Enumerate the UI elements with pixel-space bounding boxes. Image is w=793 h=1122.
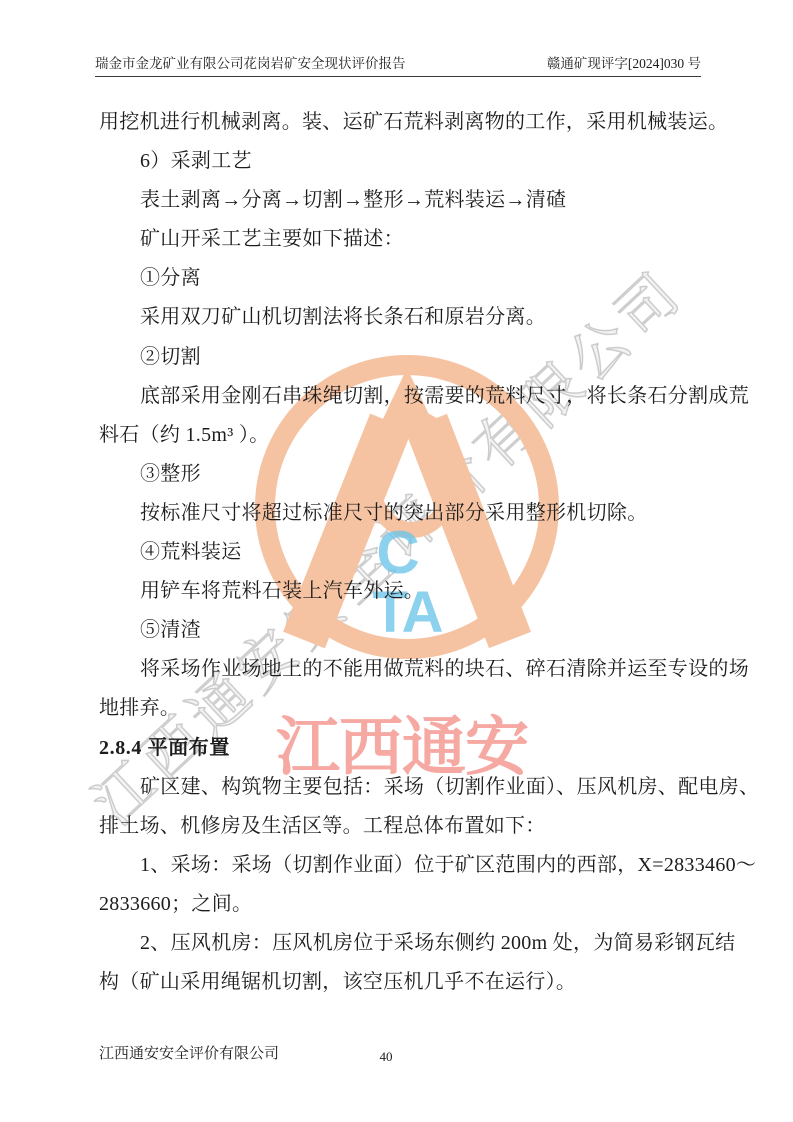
document-page: 江西通安安全评价有限公司 C TA 江西通安 瑞金市金龙矿业有限公司花岗岩矿安全… bbox=[0, 0, 793, 1122]
footer-company-name: 江西通安安全评价有限公司 bbox=[99, 1044, 279, 1064]
text-line: 用挖机进行机械剥离。装、运矿石荒料剥离物的工作，采用机械装运。 bbox=[99, 103, 701, 142]
text-line: 将采场作业场地上的不能用做荒料的块石、碎石清除并运至专设的场 bbox=[99, 650, 701, 689]
document-body-text: 用挖机进行机械剥离。装、运矿石荒料剥离物的工作，采用机械装运。6）采剥工艺表土剥… bbox=[99, 103, 701, 1002]
text-line: 矿山开采工艺主要如下描述： bbox=[99, 220, 701, 259]
text-line: 地排弃。 bbox=[99, 689, 701, 728]
text-line: ④荒料装运 bbox=[99, 533, 701, 572]
text-line: 6）采剥工艺 bbox=[99, 142, 701, 181]
text-line: 构（矿山采用绳锯机切割，该空压机几乎不在运行）。 bbox=[99, 963, 701, 1002]
text-line: 1、采场：采场（切割作业面）位于矿区范围内的西部，X=2833460～ bbox=[99, 846, 701, 885]
text-line: 2833660；之间。 bbox=[99, 885, 701, 924]
header-report-title: 瑞金市金龙矿业有限公司花岗岩矿安全现状评价报告 bbox=[95, 55, 406, 73]
text-line: 按标准尺寸将超过标准尺寸的突出部分采用整形机切除。 bbox=[99, 494, 701, 533]
text-line: 表土剥离→分离→切割→整形→荒料装运→清碴 bbox=[99, 181, 701, 220]
text-line: 采用双刀矿山机切割法将长条石和原岩分离。 bbox=[99, 298, 701, 337]
text-line: 2.8.4 平面布置 bbox=[99, 729, 701, 768]
text-line: 底部采用金刚石串珠绳切割，按需要的荒料尺寸，将长条石分割成荒 bbox=[99, 377, 701, 416]
text-line: ①分离 bbox=[99, 259, 701, 298]
text-line: ②切割 bbox=[99, 338, 701, 377]
text-line: 料石（约 1.5m³ ）。 bbox=[99, 416, 701, 455]
text-line: 排土场、机修房及生活区等。工程总体布置如下： bbox=[99, 807, 701, 846]
header-document-number: 赣通矿现评字[2024]030 号 bbox=[547, 55, 701, 73]
text-line: 2、压风机房：压风机房位于采场东侧约 200m 处，为简易彩钢瓦结 bbox=[99, 924, 701, 963]
footer-page-number: 40 bbox=[366, 1049, 406, 1065]
page-header: 瑞金市金龙矿业有限公司花岗岩矿安全现状评价报告 赣通矿现评字[2024]030 … bbox=[95, 55, 701, 77]
text-line: ⑤清渣 bbox=[99, 611, 701, 650]
text-line: 矿区建、构筑物主要包括：采场（切割作业面）、压风机房、配电房、 bbox=[99, 768, 701, 807]
text-line: 用铲车将荒料石装上汽车外运。 bbox=[99, 572, 701, 611]
text-line: ③整形 bbox=[99, 455, 701, 494]
